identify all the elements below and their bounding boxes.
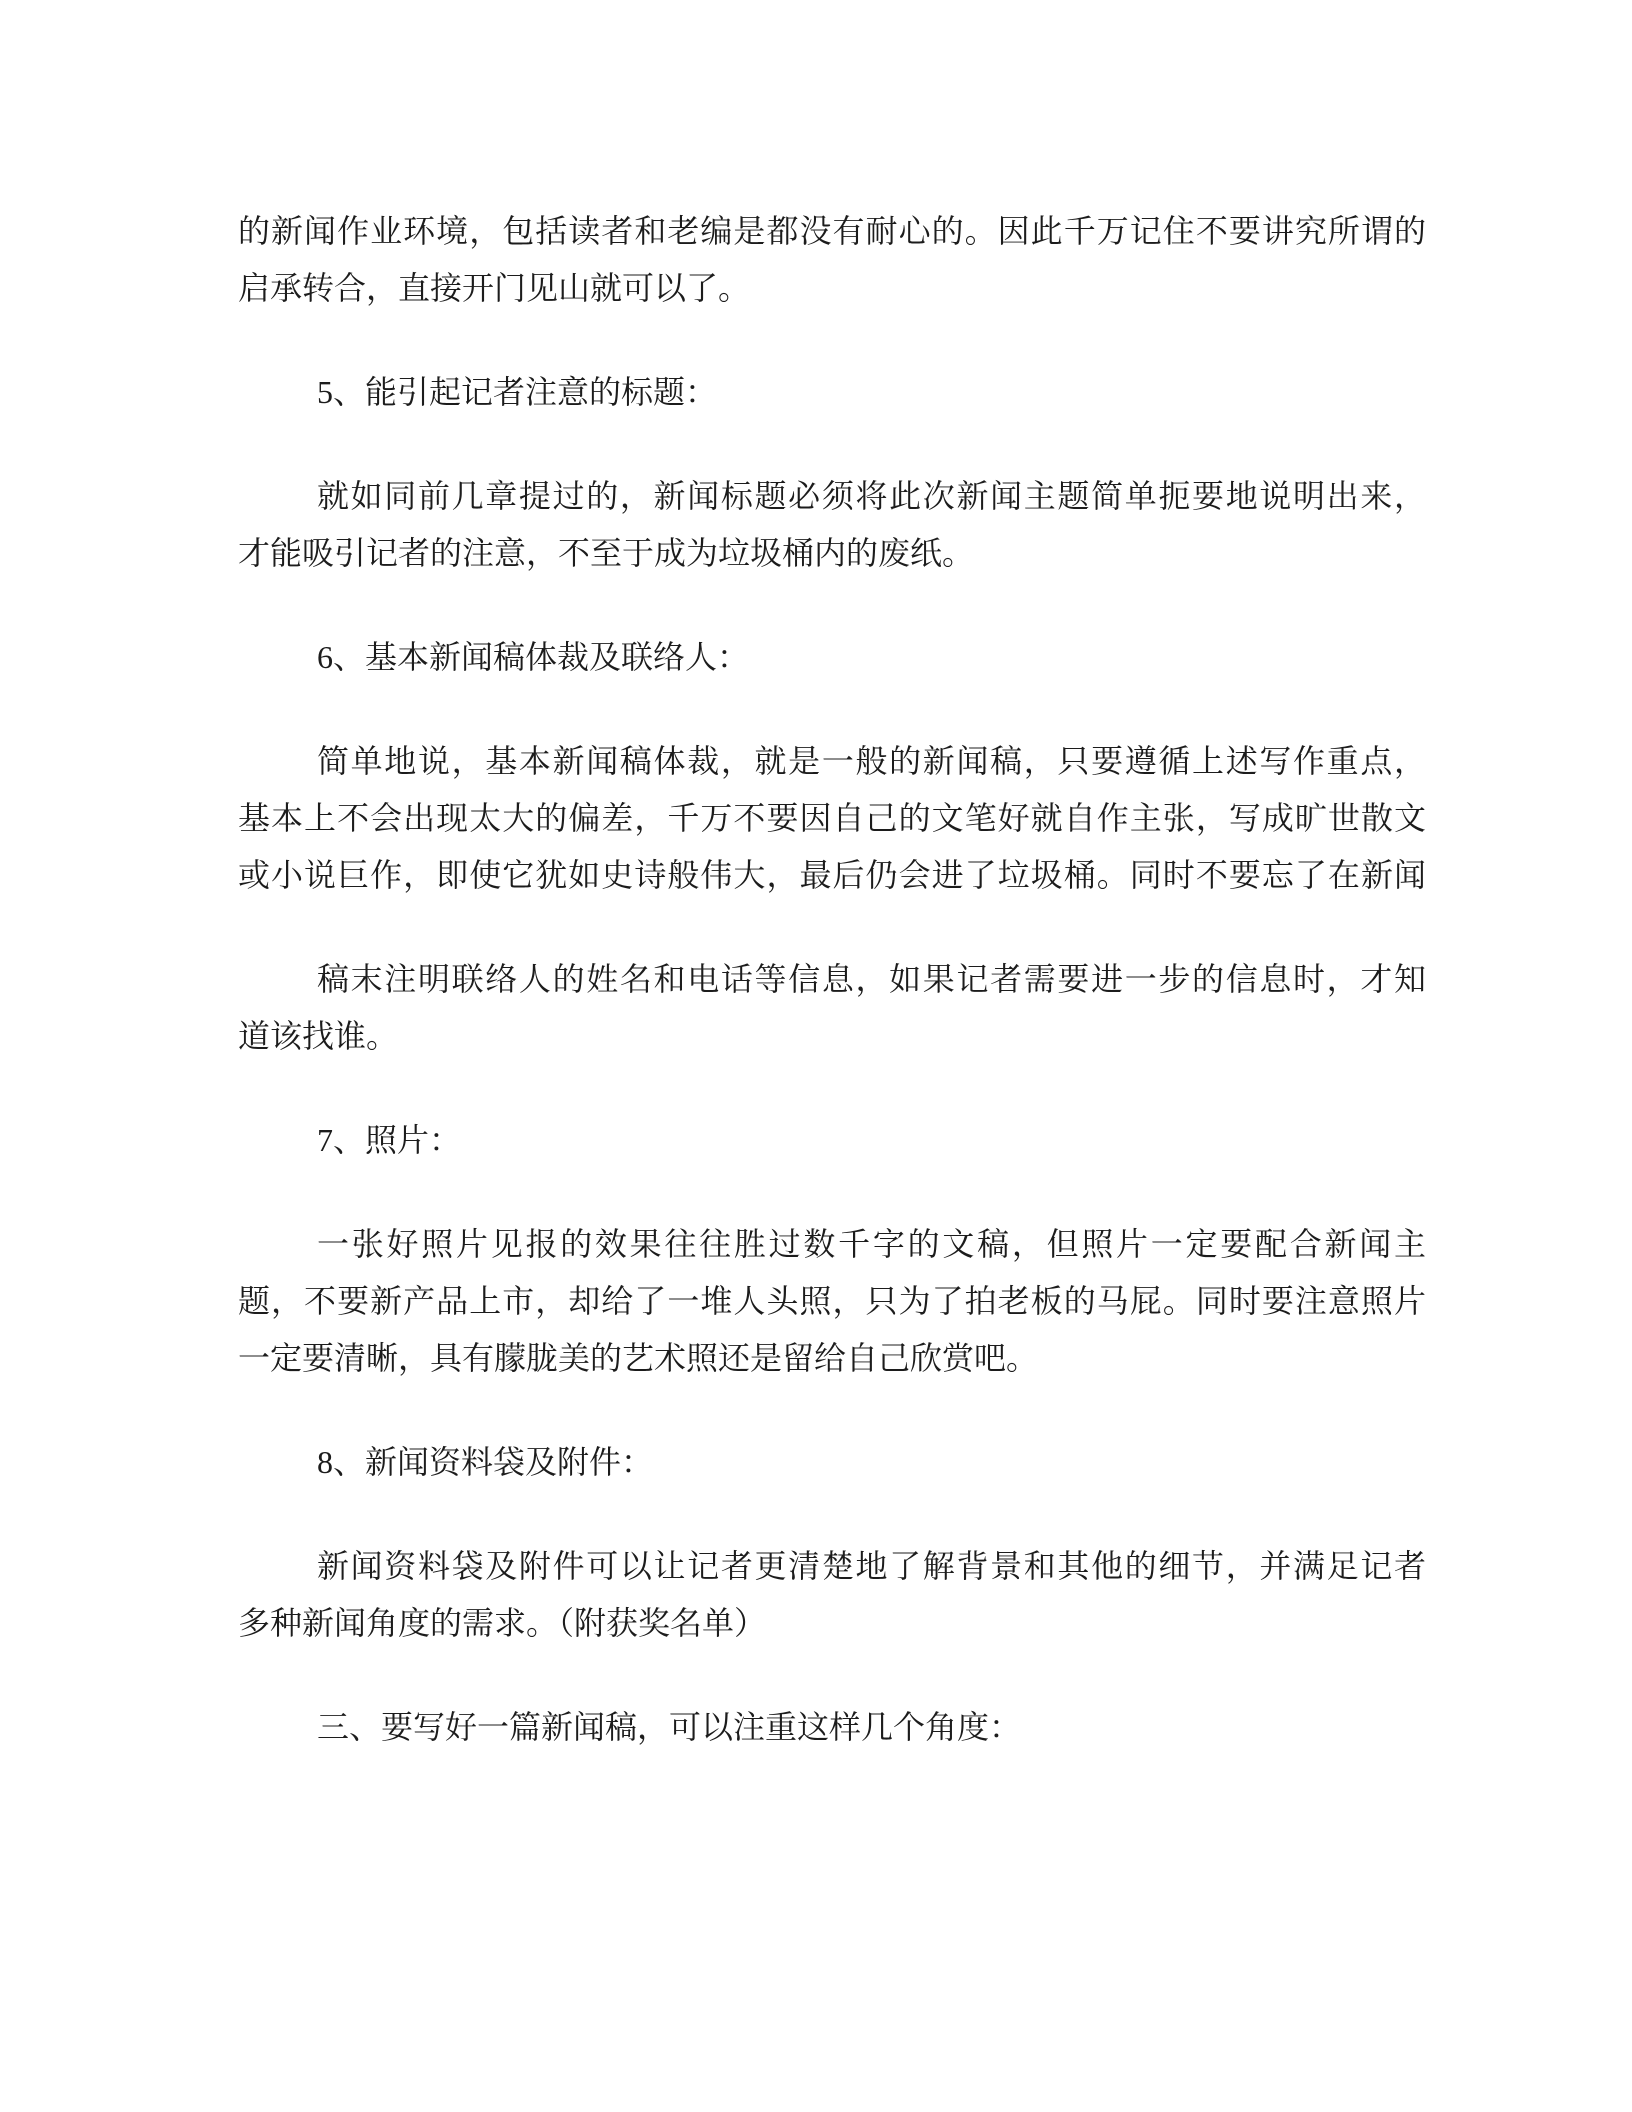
- text-line: 启承转合，直接开门见山就可以了。: [238, 260, 1426, 317]
- section-heading-6: 6、基本新闻稿体裁及联络人：: [238, 629, 1426, 686]
- document-page: 的新闻作业环境，包括读者和老编是都没有耐心的。因此千万记住不要讲究所谓的 启承转…: [0, 0, 1632, 2112]
- paragraph-press-kit: 新闻资料袋及附件可以让记者更清楚地了解背景和其他的细节，并满足记者 多种新闻角度…: [238, 1538, 1426, 1652]
- text-line: 的新闻作业环境，包括读者和老编是都没有耐心的。因此千万记住不要讲究所谓的: [238, 203, 1426, 260]
- text-line: 题，不要新产品上市，却给了一堆人头照，只为了拍老板的马屁。同时要注意照片: [238, 1273, 1426, 1330]
- paragraph-contact-info: 稿末注明联络人的姓名和电话等信息，如果记者需要进一步的信息时，才知 道该找谁。: [238, 951, 1426, 1065]
- section-heading-three: 三、要写好一篇新闻稿，可以注重这样几个角度：: [238, 1699, 1426, 1756]
- section-heading-5: 5、能引起记者注意的标题：: [238, 364, 1426, 421]
- paragraph-photos: 一张好照片见报的效果往往胜过数千字的文稿，但照片一定要配合新闻主 题，不要新产品…: [238, 1216, 1426, 1387]
- text-line: 新闻资料袋及附件可以让记者更清楚地了解背景和其他的细节，并满足记者: [238, 1538, 1426, 1595]
- section-heading-8: 8、新闻资料袋及附件：: [238, 1434, 1426, 1491]
- text-line: 道该找谁。: [238, 1008, 1426, 1065]
- paragraph-continuation: 的新闻作业环境，包括读者和老编是都没有耐心的。因此千万记住不要讲究所谓的 启承转…: [238, 203, 1426, 317]
- paragraph-basic-style: 简单地说，基本新闻稿体裁，就是一般的新闻稿，只要遵循上述写作重点， 基本上不会出…: [238, 733, 1426, 904]
- text-line: 简单地说，基本新闻稿体裁，就是一般的新闻稿，只要遵循上述写作重点，: [238, 733, 1426, 790]
- text-line: 或小说巨作，即使它犹如史诗般伟大，最后仍会进了垃圾桶。同时不要忘了在新闻: [238, 847, 1426, 904]
- text-line: 稿末注明联络人的姓名和电话等信息，如果记者需要进一步的信息时，才知: [238, 951, 1426, 1008]
- document-text-block: 的新闻作业环境，包括读者和老编是都没有耐心的。因此千万记住不要讲究所谓的 启承转…: [238, 203, 1426, 1756]
- text-line: 就如同前几章提过的，新闻标题必须将此次新闻主题简单扼要地说明出来，: [238, 468, 1426, 525]
- text-line: 一张好照片见报的效果往往胜过数千字的文稿，但照片一定要配合新闻主: [238, 1216, 1426, 1273]
- heading-line: 8、新闻资料袋及附件：: [238, 1434, 1426, 1491]
- heading-line: 6、基本新闻稿体裁及联络人：: [238, 629, 1426, 686]
- heading-line: 5、能引起记者注意的标题：: [238, 364, 1426, 421]
- text-line: 多种新闻角度的需求。（附获奖名单）: [238, 1595, 1426, 1652]
- heading-line: 三、要写好一篇新闻稿，可以注重这样几个角度：: [238, 1699, 1426, 1756]
- paragraph-headline-tip: 就如同前几章提过的，新闻标题必须将此次新闻主题简单扼要地说明出来， 才能吸引记者…: [238, 468, 1426, 582]
- text-line: 一定要清晰，具有朦胧美的艺术照还是留给自己欣赏吧。: [238, 1330, 1426, 1387]
- heading-line: 7、照片：: [238, 1112, 1426, 1169]
- section-heading-7: 7、照片：: [238, 1112, 1426, 1169]
- text-line: 基本上不会出现太大的偏差，千万不要因自己的文笔好就自作主张，写成旷世散文: [238, 790, 1426, 847]
- text-line: 才能吸引记者的注意，不至于成为垃圾桶内的废纸。: [238, 525, 1426, 582]
